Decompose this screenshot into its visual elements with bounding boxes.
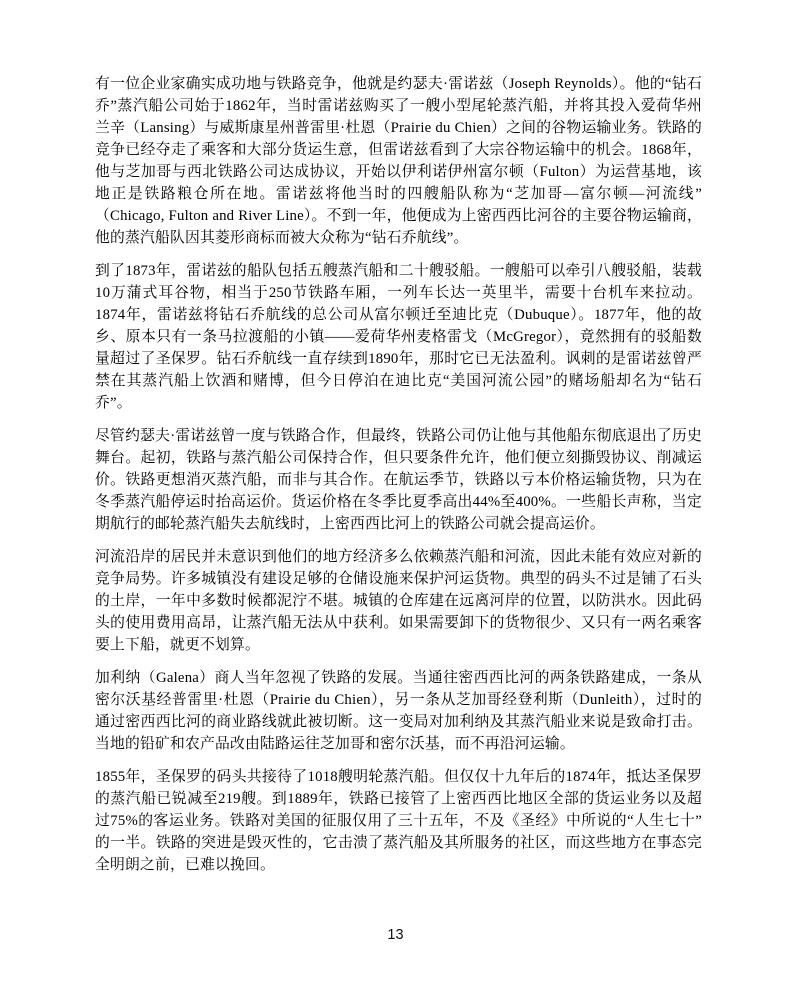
document-page: 有一位企业家确实成功地与铁路竞争，他就是约瑟夫·雷诺兹（Joseph Reyno… — [0, 0, 791, 1000]
paragraph-5: 加利纳（Galena）商人当年忽视了铁路的发展。当通往密西西比河的两条铁路建成，… — [95, 667, 702, 755]
paragraph-4: 河流沿岸的居民并未意识到他们的地方经济多么依赖蒸汽船和河流，因此未能有效应对新的… — [95, 546, 702, 656]
paragraph-1: 有一位企业家确实成功地与铁路竞争，他就是约瑟夫·雷诺兹（Joseph Reyno… — [95, 73, 702, 249]
page-footer: 13 — [0, 925, 791, 945]
paragraph-3: 尽管约瑟夫·雷诺兹曾一度与铁路合作，但最终，铁路公司仍让他与其他船东彻底退出了历… — [95, 425, 702, 535]
paragraph-6: 1855年，圣保罗的码头共接待了1018艘明轮蒸汽船。但仅仅十九年后的1874年… — [95, 766, 702, 876]
text-body: 有一位企业家确实成功地与铁路竞争，他就是约瑟夫·雷诺兹（Joseph Reyno… — [95, 73, 702, 887]
paragraph-2: 到了1873年，雷诺兹的船队包括五艘蒸汽船和二十艘驳船。一艘船可以牵引八艘驳船，… — [95, 260, 702, 414]
page-number: 13 — [387, 927, 403, 943]
